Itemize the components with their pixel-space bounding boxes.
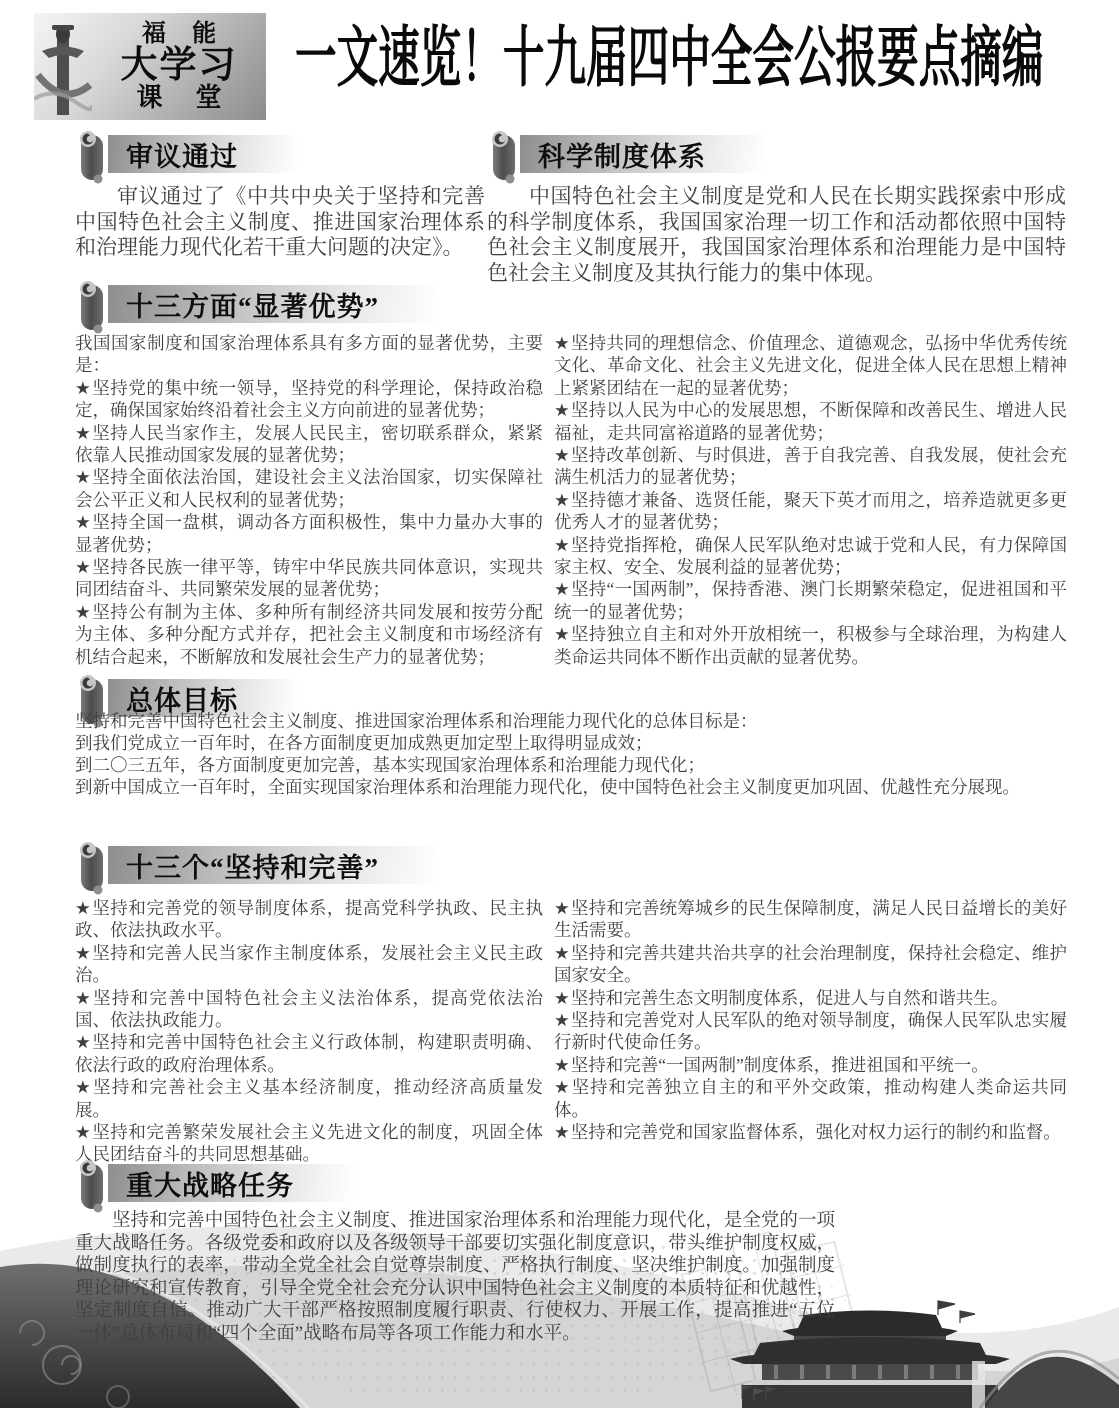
- section-title: 审议通过: [126, 135, 238, 174]
- list-item: ★坚持以人民为中心的发展思想，不断保障和改善民生、增进人民福祉，走共同富裕道路的…: [554, 399, 1067, 444]
- star-bullet-icon: ★: [554, 400, 570, 420]
- list-item-text: 坚持和完善中国特色社会主义法治体系，提高党依法治国、依法执政能力。: [75, 988, 543, 1030]
- logo-line-2: 大学习: [92, 46, 266, 84]
- jianchi-left-column: ★坚持和完善党的领导制度体系，提高党科学执政、民主执政、依法执政水平。★坚持和完…: [75, 897, 543, 1166]
- star-bullet-icon: ★: [554, 490, 570, 510]
- scroll-icon: [75, 130, 113, 184]
- list-item: ★坚持和完善独立自主的和平外交政策，推动构建人类命运共同体。: [554, 1076, 1067, 1121]
- star-bullet-icon: ★: [75, 1122, 91, 1142]
- list-item-text: 坚持全国一盘棋，调动各方面积极性，集中力量办大事的显著优势；: [75, 512, 543, 554]
- list-item-text: 坚持党指挥枪，确保人民军队绝对忠诚于党和人民，有力保障国家主权、安全、发展利益的…: [554, 535, 1067, 577]
- star-bullet-icon: ★: [75, 943, 91, 963]
- list-item: ★坚持人民当家作主，发展人民民主，密切联系群众，紧紧依靠人民推动国家发展的显著优…: [75, 422, 543, 467]
- list-item-text: 坚持独立自主和对外开放相统一，积极参与全球治理，为构建人类命运共同体不断作出贡献…: [554, 624, 1067, 666]
- star-bullet-icon: ★: [554, 445, 570, 465]
- list-item: ★坚持党指挥枪，确保人民军队绝对忠诚于党和人民，有力保障国家主权、安全、发展利益…: [554, 534, 1067, 579]
- list-item: ★坚持公有制为主体、多种所有制经济共同发展和按劳分配为主体、多种分配方式并存，把…: [75, 601, 543, 668]
- list-item-text: 坚持以人民为中心的发展思想，不断保障和改善民生、增进人民福祉，走共同富裕道路的显…: [554, 400, 1067, 442]
- list-item: ★坚持共同的理想信念、价值理念、道德观念，弘扬中华优秀传统文化、革命文化、社会主…: [554, 332, 1067, 399]
- list-item: ★坚持和完善人民当家作主制度体系，发展社会主义民主政治。: [75, 942, 543, 987]
- list-item: ★坚持德才兼备、选贤任能，聚天下英才而用之，培养造就更多更优秀人才的显著优势；: [554, 489, 1067, 534]
- list-item-text: 坚持全面依法治国，建设社会主义法治国家，切实保障社会公平正义和人民权利的显著优势…: [75, 467, 543, 509]
- list-item: ★坚持和完善“一国两制”制度体系，推进祖国和平统一。: [554, 1054, 1067, 1076]
- star-bullet-icon: ★: [75, 378, 91, 398]
- list-item: ★坚持和完善统筹城乡的民生保障制度，满足人民日益增长的美好生活需要。: [554, 897, 1067, 942]
- scroll-icon: [75, 280, 113, 334]
- star-bullet-icon: ★: [554, 1010, 570, 1030]
- section-header-youshi: 十三方面“显著优势”: [75, 280, 439, 334]
- section-banner: 审议通过: [108, 135, 298, 173]
- star-bullet-icon: ★: [554, 333, 570, 353]
- star-bullet-icon: ★: [554, 898, 570, 918]
- star-bullet-icon: ★: [75, 557, 91, 577]
- section-body-mubiao: 坚持和完善中国特色社会主义制度、推进国家治理体系和治理能力现代化的总体目标是：到…: [75, 710, 1070, 798]
- list-item-text: 坚持和完善人民当家作主制度体系，发展社会主义民主政治。: [75, 943, 543, 985]
- goal-line: 到二〇三五年，各方面制度更加完善，基本实现国家治理体系和治理能力现代化；: [75, 754, 1070, 776]
- goal-lines: 坚持和完善中国特色社会主义制度、推进国家治理体系和治理能力现代化的总体目标是：到…: [75, 710, 1070, 798]
- bullet-list: ★坚持共同的理想信念、价值理念、道德观念，弘扬中华优秀传统文化、革命文化、社会主…: [554, 332, 1067, 668]
- star-bullet-icon: ★: [554, 535, 570, 555]
- logo-text: 福 能 大学习 课 堂: [92, 21, 266, 111]
- youshi-right-column: ★坚持共同的理想信念、价值理念、道德观念，弘扬中华优秀传统文化、革命文化、社会主…: [554, 332, 1067, 668]
- star-bullet-icon: ★: [554, 1077, 571, 1097]
- section-title: 科学制度体系: [538, 135, 706, 174]
- list-item: ★坚持全面依法治国，建设社会主义法治国家，切实保障社会公平正义和人民权利的显著优…: [75, 466, 543, 511]
- list-item: ★坚持和完善中国特色社会主义行政体制，构建职责明确、依法行政的政府治理体系。: [75, 1031, 543, 1076]
- logo-line-3: 课 堂: [104, 85, 266, 112]
- list-item-text: 坚持共同的理想信念、价值理念、道德观念，弘扬中华优秀传统文化、革命文化、社会主义…: [554, 333, 1067, 398]
- section-body-shenyi: 审议通过了《中共中央关于坚持和完善中国特色社会主义制度、推进国家治理体系和治理能…: [75, 184, 485, 261]
- paragraph: 中国特色社会主义制度是党和人民在长期实践探索中形成的科学制度体系，我国国家治理一…: [487, 184, 1066, 286]
- bullet-list: ★坚持党的集中统一领导，坚持党的科学理论，保持政治稳定，确保国家始终沿着社会主义…: [75, 377, 543, 668]
- list-item-text: 坚持人民当家作主，发展人民民主，密切联系群众，紧紧依靠人民推动国家发展的显著优势…: [75, 423, 543, 465]
- list-item: ★坚持和完善社会主义基本经济制度，推动经济高质量发展。: [75, 1076, 543, 1121]
- list-item-text: 坚持和完善共建共治共享的社会治理制度，保持社会稳定、维护国家安全。: [554, 943, 1067, 985]
- star-bullet-icon: ★: [75, 1077, 92, 1097]
- list-item-text: 坚持各民族一律平等，铸牢中华民族共同体意识，实现共同团结奋斗、共同繁荣发展的显著…: [75, 557, 543, 599]
- section-title: 十三个“坚持和完善”: [126, 846, 379, 885]
- roof-flags: [938, 1301, 975, 1323]
- star-bullet-icon: ★: [554, 1122, 570, 1142]
- goal-line: 坚持和完善中国特色社会主义制度、推进国家治理体系和治理能力现代化的总体目标是：: [75, 710, 1070, 732]
- list-item-text: 坚持和完善党对人民军队的绝对领导制度，确保人民军队忠实履行新时代使命任务。: [554, 1010, 1067, 1052]
- list-item-text: 坚持和完善统筹城乡的民生保障制度，满足人民日益增长的美好生活需要。: [554, 898, 1067, 940]
- star-bullet-icon: ★: [75, 467, 91, 487]
- list-item-text: 坚持党的集中统一领导，坚持党的科学理论，保持政治稳定，确保国家始终沿着社会主义方…: [75, 378, 543, 420]
- section-body-youshi: 我国国家制度和国家治理体系具有多方面的显著优势，主要是： ★坚持党的集中统一领导…: [75, 332, 1067, 668]
- list-item-text: 坚持和完善“一国两制”制度体系，推进祖国和平统一。: [571, 1055, 989, 1075]
- star-bullet-icon: ★: [554, 943, 570, 963]
- list-item: ★坚持各民族一律平等，铸牢中华民族共同体意识，实现共同团结奋斗、共同繁荣发展的显…: [75, 556, 543, 601]
- section-header-jianchi: 十三个“坚持和完善”: [75, 841, 439, 895]
- section-banner: 科学制度体系: [520, 135, 766, 173]
- list-item: ★坚持“一国两制”，保持香港、澳门长期繁荣稳定，促进祖国和平统一的显著优势；: [554, 578, 1067, 623]
- bullet-list: ★坚持和完善党的领导制度体系，提高党科学执政、民主执政、依法执政水平。★坚持和完…: [75, 897, 543, 1166]
- list-item: ★坚持独立自主和对外开放相统一，积极参与全球治理，为构建人类命运共同体不断作出贡…: [554, 623, 1067, 668]
- bullet-list: ★坚持和完善统筹城乡的民生保障制度，满足人民日益增长的美好生活需要。★坚持和完善…: [554, 897, 1067, 1143]
- colonnade: [762, 1364, 978, 1380]
- huabiao-column-icon: [34, 13, 92, 120]
- section-header-renwu: 重大战略任务: [75, 1159, 354, 1213]
- section-header-kexue: 科学制度体系: [487, 130, 766, 184]
- scroll-icon: [75, 841, 113, 895]
- list-item-text: 坚持公有制为主体、多种所有制经济共同发展和按劳分配为主体、多种分配方式并存，把社…: [75, 602, 543, 667]
- list-item: ★坚持和完善党和国家监督体系，强化对权力运行的制约和监督。: [554, 1121, 1067, 1143]
- star-bullet-icon: ★: [554, 988, 570, 1008]
- star-bullet-icon: ★: [554, 1055, 570, 1075]
- star-bullet-icon: ★: [75, 512, 91, 532]
- list-item-text: 坚持和完善生态文明制度体系，促进人与自然和谐共生。: [571, 988, 1009, 1008]
- balustrade: [752, 1380, 988, 1385]
- section-header-shenyi: 审议通过: [75, 130, 298, 184]
- scroll-icon: [75, 1159, 113, 1213]
- list-item: ★坚持和完善共建共治共享的社会治理制度，保持社会稳定、维护国家安全。: [554, 942, 1067, 987]
- list-item-text: 坚持和完善社会主义基本经济制度，推动经济高质量发展。: [75, 1077, 543, 1119]
- star-bullet-icon: ★: [75, 423, 91, 443]
- list-item: ★坚持党的集中统一领导，坚持党的科学理论，保持政治稳定，确保国家始终沿着社会主义…: [75, 377, 543, 422]
- section-title: 重大战略任务: [126, 1164, 294, 1203]
- star-bullet-icon: ★: [75, 602, 91, 622]
- section-banner: 十三个“坚持和完善”: [108, 846, 439, 884]
- scroll-icon: [487, 130, 525, 184]
- list-item-text: 坚持和完善独立自主的和平外交政策，推动构建人类命运共同体。: [554, 1077, 1067, 1119]
- list-item-text: 坚持德才兼备、选贤任能，聚天下英才而用之，培养造就更多更优秀人才的显著优势；: [554, 490, 1067, 532]
- list-item-text: 坚持改革创新、与时俱进，善于自我完善、自我发展，使社会充满生机活力的显著优势；: [554, 445, 1067, 487]
- star-bullet-icon: ★: [75, 898, 91, 918]
- intro-paragraph: 我国国家制度和国家治理体系具有多方面的显著优势，主要是：: [75, 332, 543, 377]
- youshi-left-column: 我国国家制度和国家治理体系具有多方面的显著优势，主要是： ★坚持党的集中统一领导…: [75, 332, 543, 668]
- page-title: 一文速览！十九届四中全会公报要点摘编: [295, 22, 1026, 93]
- list-item: ★坚持和完善中国特色社会主义法治体系，提高党依法治国、依法执政能力。: [75, 987, 543, 1032]
- section-body-kexue: 中国特色社会主义制度是党和人民在长期实践探索中形成的科学制度体系，我国国家治理一…: [487, 184, 1066, 286]
- section-title: 十三方面“显著优势”: [126, 285, 379, 324]
- list-item: ★坚持全国一盘棋，调动各方面积极性，集中力量办大事的显著优势；: [75, 511, 543, 556]
- newspaper-page: 福 能 大学习 课 堂 一文速览！十九届四中全会公报要点摘编 审议通过 审议通过…: [0, 0, 1119, 1408]
- list-item: ★坚持和完善生态文明制度体系，促进人与自然和谐共生。: [554, 987, 1067, 1009]
- paragraph: 审议通过了《中共中央关于坚持和完善中国特色社会主义制度、推进国家治理体系和治理能…: [75, 184, 485, 261]
- masthead-logo: 福 能 大学习 课 堂: [34, 13, 266, 120]
- star-bullet-icon: ★: [75, 988, 92, 1008]
- list-item: ★坚持和完善党的领导制度体系，提高党科学执政、民主执政、依法执政水平。: [75, 897, 543, 942]
- star-bullet-icon: ★: [75, 1032, 91, 1052]
- list-item-text: 坚持和完善党的领导制度体系，提高党科学执政、民主执政、依法执政水平。: [75, 898, 543, 940]
- list-item: ★坚持改革创新、与时俱进，善于自我完善、自我发展，使社会充满生机活力的显著优势；: [554, 444, 1067, 489]
- star-bullet-icon: ★: [554, 624, 570, 644]
- waterfall-streak: [972, 1361, 985, 1408]
- goal-line: 到新中国成立一百年时，全面实现国家治理体系和治理能力现代化，使中国特色社会主义制…: [75, 776, 1070, 798]
- section-banner: 重大战略任务: [108, 1164, 354, 1202]
- list-item-text: 坚持和完善党和国家监督体系，强化对权力运行的制约和监督。: [571, 1122, 1061, 1142]
- jianchi-right-column: ★坚持和完善统筹城乡的民生保障制度，满足人民日益增长的美好生活需要。★坚持和完善…: [554, 897, 1067, 1166]
- star-bullet-icon: ★: [554, 579, 570, 599]
- paragraph: 坚持和完善中国特色社会主义制度、推进国家治理体系和治理能力现代化，是全党的一项重…: [75, 1210, 835, 1346]
- base-wall: [742, 1385, 998, 1408]
- goal-line: 到我们党成立一百年时，在各方面制度更加成熟更加定型上取得明显成效；: [75, 732, 1070, 754]
- section-body-renwu: 坚持和完善中国特色社会主义制度、推进国家治理体系和治理能力现代化，是全党的一项重…: [75, 1210, 835, 1346]
- section-body-jianchi: ★坚持和完善党的领导制度体系，提高党科学执政、民主执政、依法执政水平。★坚持和完…: [75, 897, 1067, 1166]
- list-item-text: 坚持“一国两制”，保持香港、澳门长期繁荣稳定，促进祖国和平统一的显著优势；: [554, 579, 1067, 621]
- section-banner: 十三方面“显著优势”: [108, 285, 439, 323]
- list-item-text: 坚持和完善中国特色社会主义行政体制，构建职责明确、依法行政的政府治理体系。: [75, 1032, 543, 1074]
- list-item: ★坚持和完善党对人民军队的绝对领导制度，确保人民军队忠实履行新时代使命任务。: [554, 1009, 1067, 1054]
